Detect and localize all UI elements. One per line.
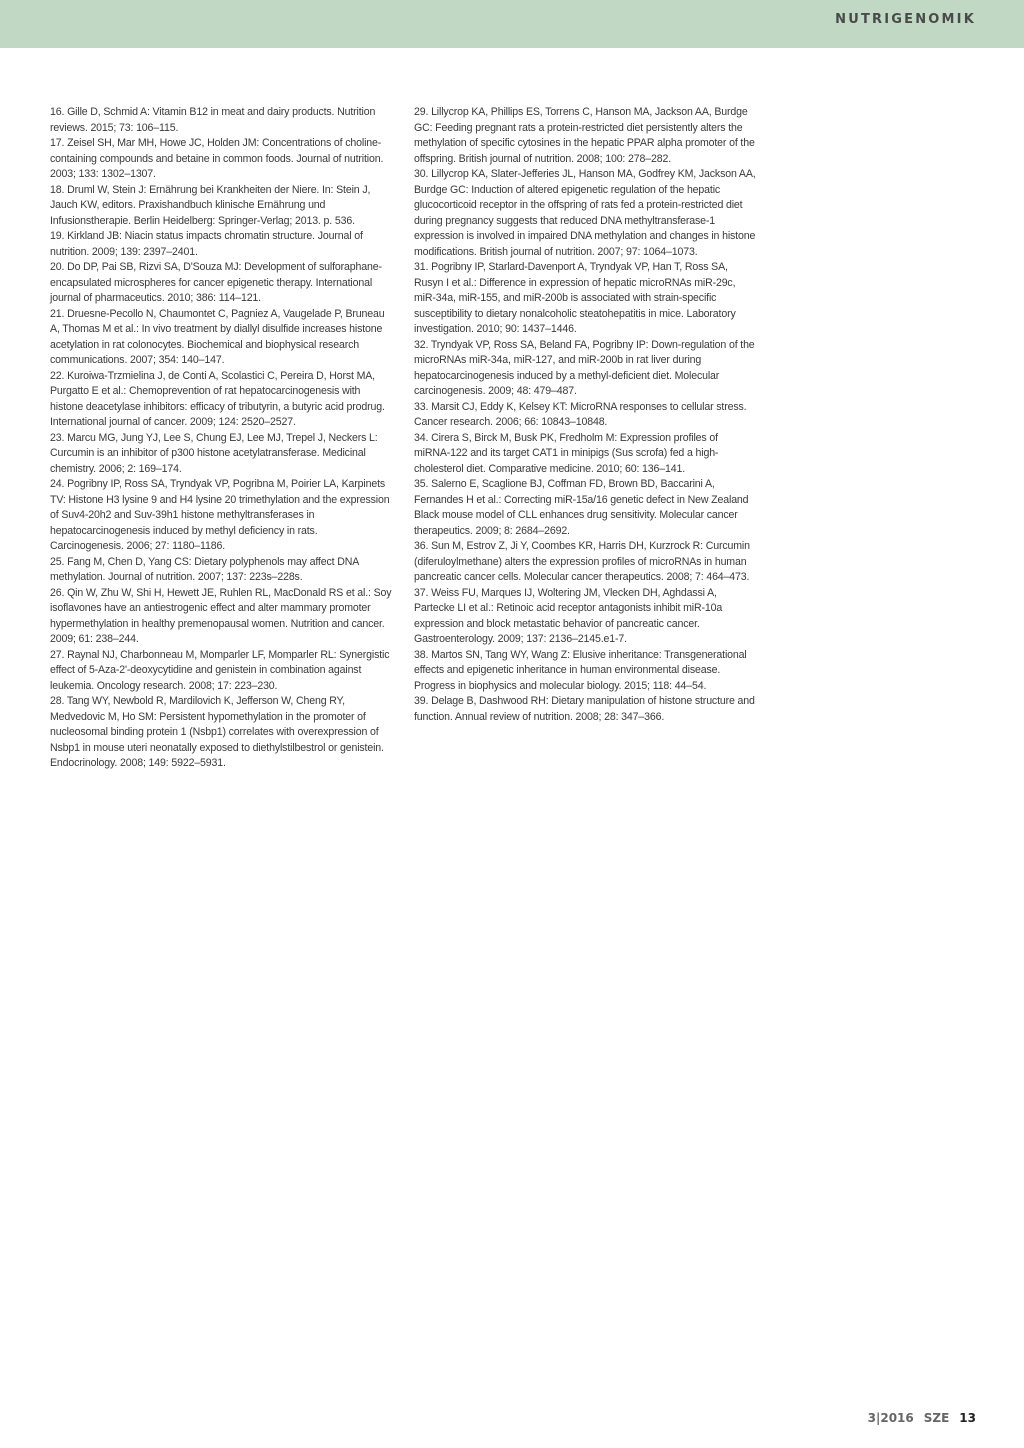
reference-item: 33. Marsit CJ, Eddy K, Kelsey KT: MicroR… — [414, 400, 756, 431]
reference-item: 38. Martos SN, Tang WY, Wang Z: Elusive … — [414, 648, 756, 695]
reference-item: 17. Zeisel SH, Mar MH, Howe JC, Holden J… — [50, 136, 392, 183]
reference-item: 24. Pogribny IP, Ross SA, Tryndyak VP, P… — [50, 477, 392, 555]
reference-item: 39. Delage B, Dashwood RH: Dietary manip… — [414, 694, 756, 725]
reference-item: 23. Marcu MG, Jung YJ, Lee S, Chung EJ, … — [50, 431, 392, 478]
reference-item: 20. Do DP, Pai SB, Rizvi SA, D'Souza MJ:… — [50, 260, 392, 307]
page-footer: 3|2016 SZE 13 — [868, 1411, 976, 1425]
reference-item: 37. Weiss FU, Marques IJ, Woltering JM, … — [414, 586, 756, 648]
reference-item: 27. Raynal NJ, Charbonneau M, Momparler … — [50, 648, 392, 695]
reference-item: 36. Sun M, Estrov Z, Ji Y, Coombes KR, H… — [414, 539, 756, 586]
reference-item: 19. Kirkland JB: Niacin status impacts c… — [50, 229, 392, 260]
section-header-bar: NUTRIGENOMIK — [0, 0, 1024, 48]
section-title: NUTRIGENOMIK — [835, 12, 976, 27]
reference-item: 31. Pogribny IP, Starlard-Davenport A, T… — [414, 260, 756, 338]
references-right-column: 29. Lillycrop KA, Phillips ES, Torrens C… — [414, 105, 756, 725]
reference-item: 16. Gille D, Schmid A: Vitamin B12 in me… — [50, 105, 392, 136]
issue-number: 3|2016 — [868, 1411, 914, 1425]
reference-item: 35. Salerno E, Scaglione BJ, Coffman FD,… — [414, 477, 756, 539]
reference-item: 22. Kuroiwa-Trzmielina J, de Conti A, Sc… — [50, 369, 392, 431]
reference-item: 28. Tang WY, Newbold R, Mardilovich K, J… — [50, 694, 392, 772]
reference-item: 30. Lillycrop KA, Slater-Jefferies JL, H… — [414, 167, 756, 260]
page-number: 13 — [959, 1411, 976, 1425]
reference-item: 21. Druesne-Pecollo N, Chaumontet C, Pag… — [50, 307, 392, 369]
reference-item: 29. Lillycrop KA, Phillips ES, Torrens C… — [414, 105, 756, 167]
references-left-column: 16. Gille D, Schmid A: Vitamin B12 in me… — [50, 105, 392, 772]
journal-abbreviation: SZE — [924, 1411, 950, 1425]
reference-item: 18. Druml W, Stein J: Ernährung bei Kran… — [50, 183, 392, 230]
reference-item: 32. Tryndyak VP, Ross SA, Beland FA, Pog… — [414, 338, 756, 400]
reference-item: 34. Cirera S, Birck M, Busk PK, Fredholm… — [414, 431, 756, 478]
reference-item: 26. Qin W, Zhu W, Shi H, Hewett JE, Ruhl… — [50, 586, 392, 648]
reference-item: 25. Fang M, Chen D, Yang CS: Dietary pol… — [50, 555, 392, 586]
